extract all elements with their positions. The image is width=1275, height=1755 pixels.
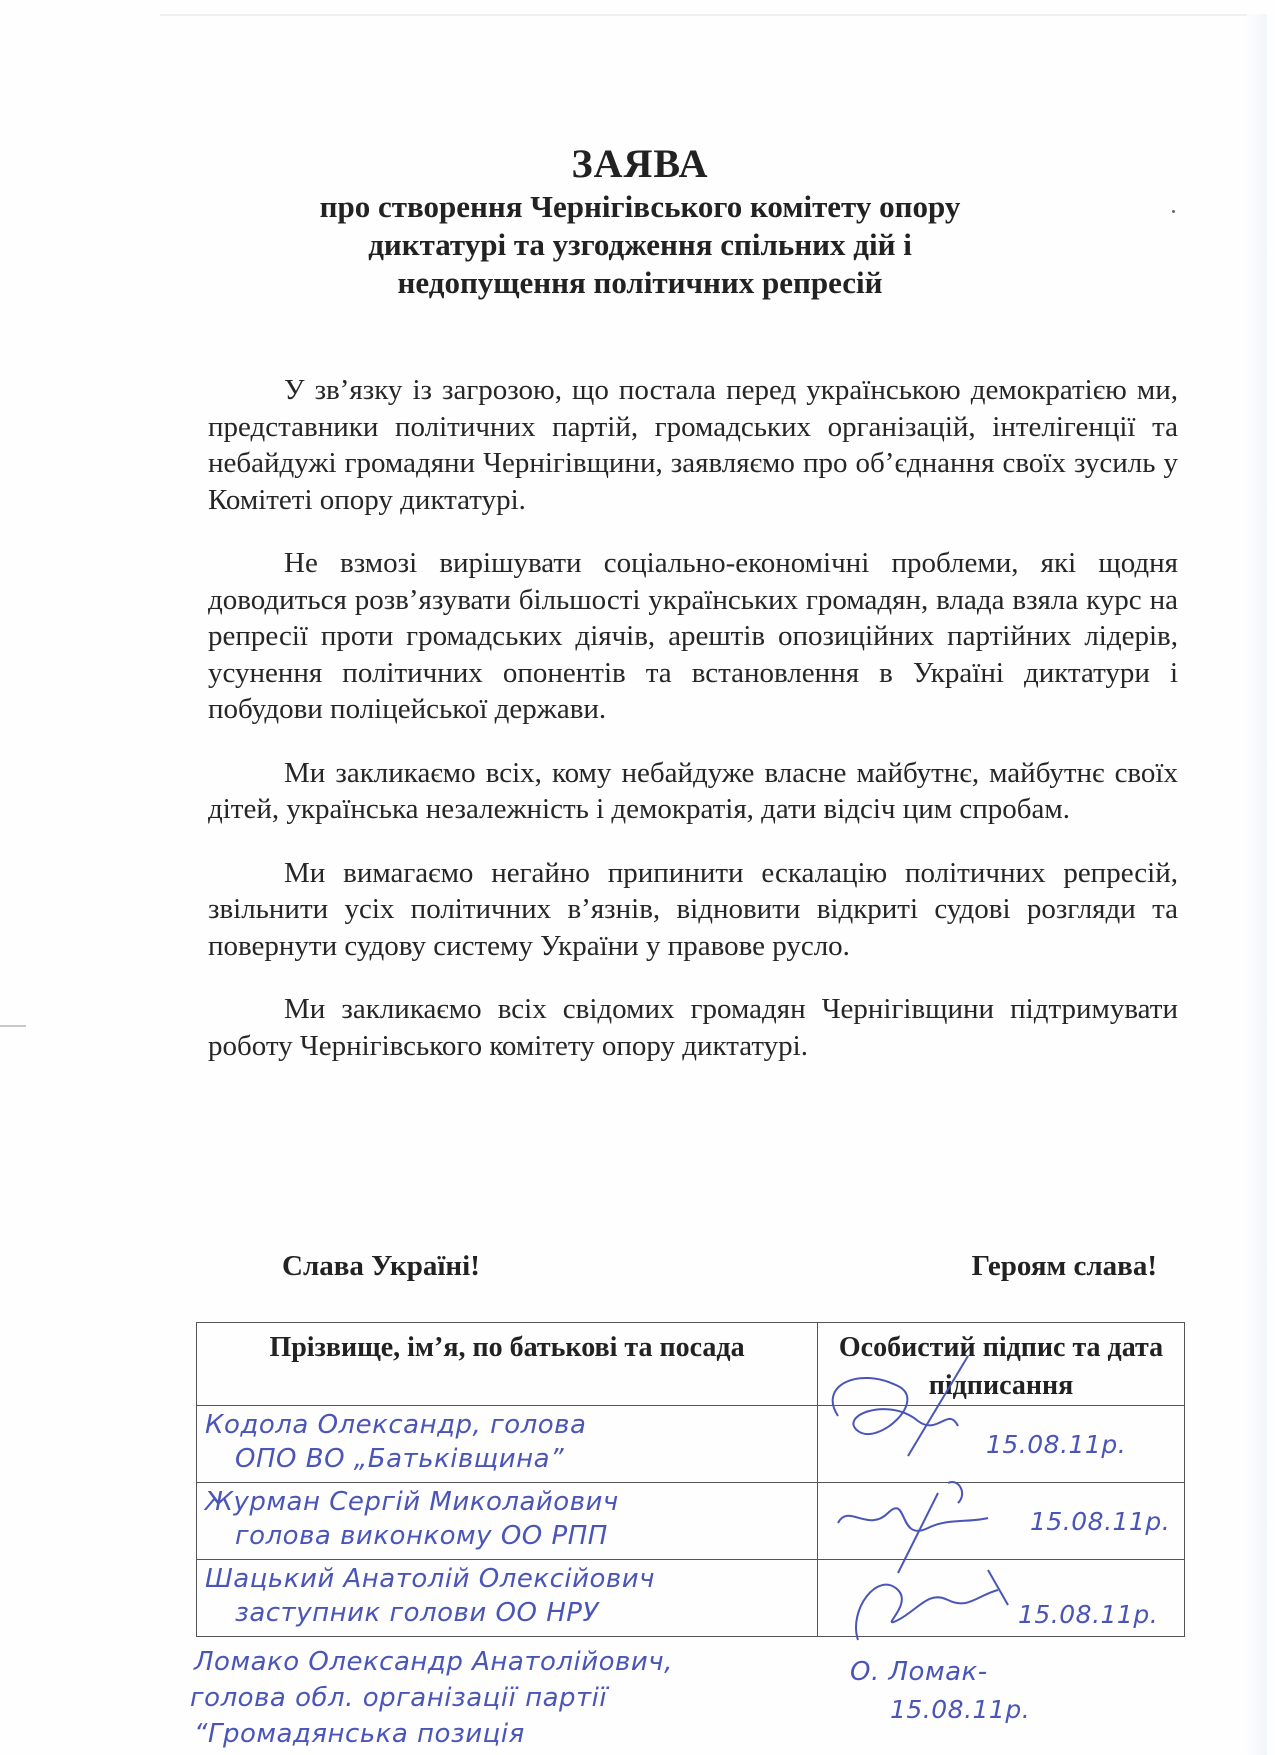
document-heading: ЗАЯВА про створення Чернігівського коміт… [210,140,1070,302]
paragraph-4: Ми вимагаємо негайно припинити ескалацію… [208,855,1178,965]
header-name-position: Прізвище, ім’я, по батькові та посада [197,1323,818,1406]
scan-edge-top [160,14,1260,16]
extra-name-line-2: голова обл. організації партії [190,1681,607,1715]
table-row: Шацький Анатолій Олексійович заступник г… [197,1560,1185,1637]
slogan-left: Слава Україні! [282,1250,480,1283]
cell-name: Кодола Олександр, голова ОПО ВО „Батьків… [197,1406,818,1483]
scan-speck [1172,210,1175,213]
scan-punch-mark [0,1025,26,1027]
header-signature-date: Особистий підпис та дата підписання [818,1323,1185,1406]
paragraph-3: Ми закликаємо всіх, кому небайдуже власн… [208,755,1178,828]
document-title: ЗАЯВА [210,140,1070,188]
scanned-page: ЗАЯВА про створення Чернігівського коміт… [0,0,1275,1755]
name-line-2: заступник голови ОО НРУ [205,1596,655,1630]
name-line-1: Шацький Анатолій Олексійович [205,1564,655,1594]
paragraph-1: У зв’язку із загрозою, що постала перед … [208,372,1178,518]
name-line-1: Журман Сергій Миколайович [205,1487,619,1517]
name-line-1: Кодола Олександр, голова [205,1410,586,1440]
document-subtitle-line-3: недопущення політичних репресій [210,264,1070,302]
cell-signature: 15.08.11р. [818,1560,1185,1637]
cell-signature: 15.08.11р. [818,1406,1185,1483]
signature-date: 15.08.11р. [986,1428,1126,1462]
document-subtitle-line-2: диктатурі та узгодження спільних дій і [210,226,1070,264]
handwritten-name: Шацький Анатолій Олексійович заступник г… [205,1562,655,1630]
handwritten-name: Журман Сергій Миколайович голова виконко… [205,1485,619,1553]
signature-date: 15.08.11р. [1030,1505,1170,1539]
slogans: Слава Україні! Героям слава! [282,1250,1157,1283]
document-subtitle-line-1: про створення Чернігівського комітету оп… [210,188,1070,226]
additional-signature: Ломако Олександр Анатолійович, голова об… [190,1645,1190,1755]
extra-name-line-1: Ломако Олександр Анатолійович, [194,1645,673,1679]
cell-name: Шацький Анатолій Олексійович заступник г… [197,1560,818,1637]
cell-name: Журман Сергій Миколайович голова виконко… [197,1483,818,1560]
extra-signature-date: 15.08.11р. [890,1693,1030,1727]
document-body: У зв’язку із загрозою, що постала перед … [208,372,1178,1091]
signature-scribble [838,1560,1038,1650]
signature-date: 15.08.11р. [1018,1598,1158,1632]
paragraph-2: Не взмозі вирішувати соціально-економічн… [208,545,1178,728]
signature-table: Прізвище, ім’я, по батькові та посада Ос… [196,1322,1185,1637]
extra-signature-initial: О. Ломак- [850,1655,988,1689]
extra-name-line-3: “Громадянська позиція [194,1717,525,1751]
table-row: Журман Сергій Миколайович голова виконко… [197,1483,1185,1560]
name-line-2: голова виконкому ОО РПП [205,1519,619,1553]
handwritten-name: Кодола Олександр, голова ОПО ВО „Батьків… [205,1408,586,1476]
table-header-row: Прізвище, ім’я, по батькові та посада Ос… [197,1323,1185,1406]
table-row: Кодола Олександр, голова ОПО ВО „Батьків… [197,1406,1185,1483]
paragraph-5: Ми закликаємо всіх свідомих громадян Чер… [208,991,1178,1064]
name-line-2: ОПО ВО „Батьківщина” [205,1442,586,1476]
scan-edge-right [1247,14,1267,1755]
slogan-right: Героям слава! [972,1250,1157,1283]
cell-signature: 15.08.11р. [818,1483,1185,1560]
